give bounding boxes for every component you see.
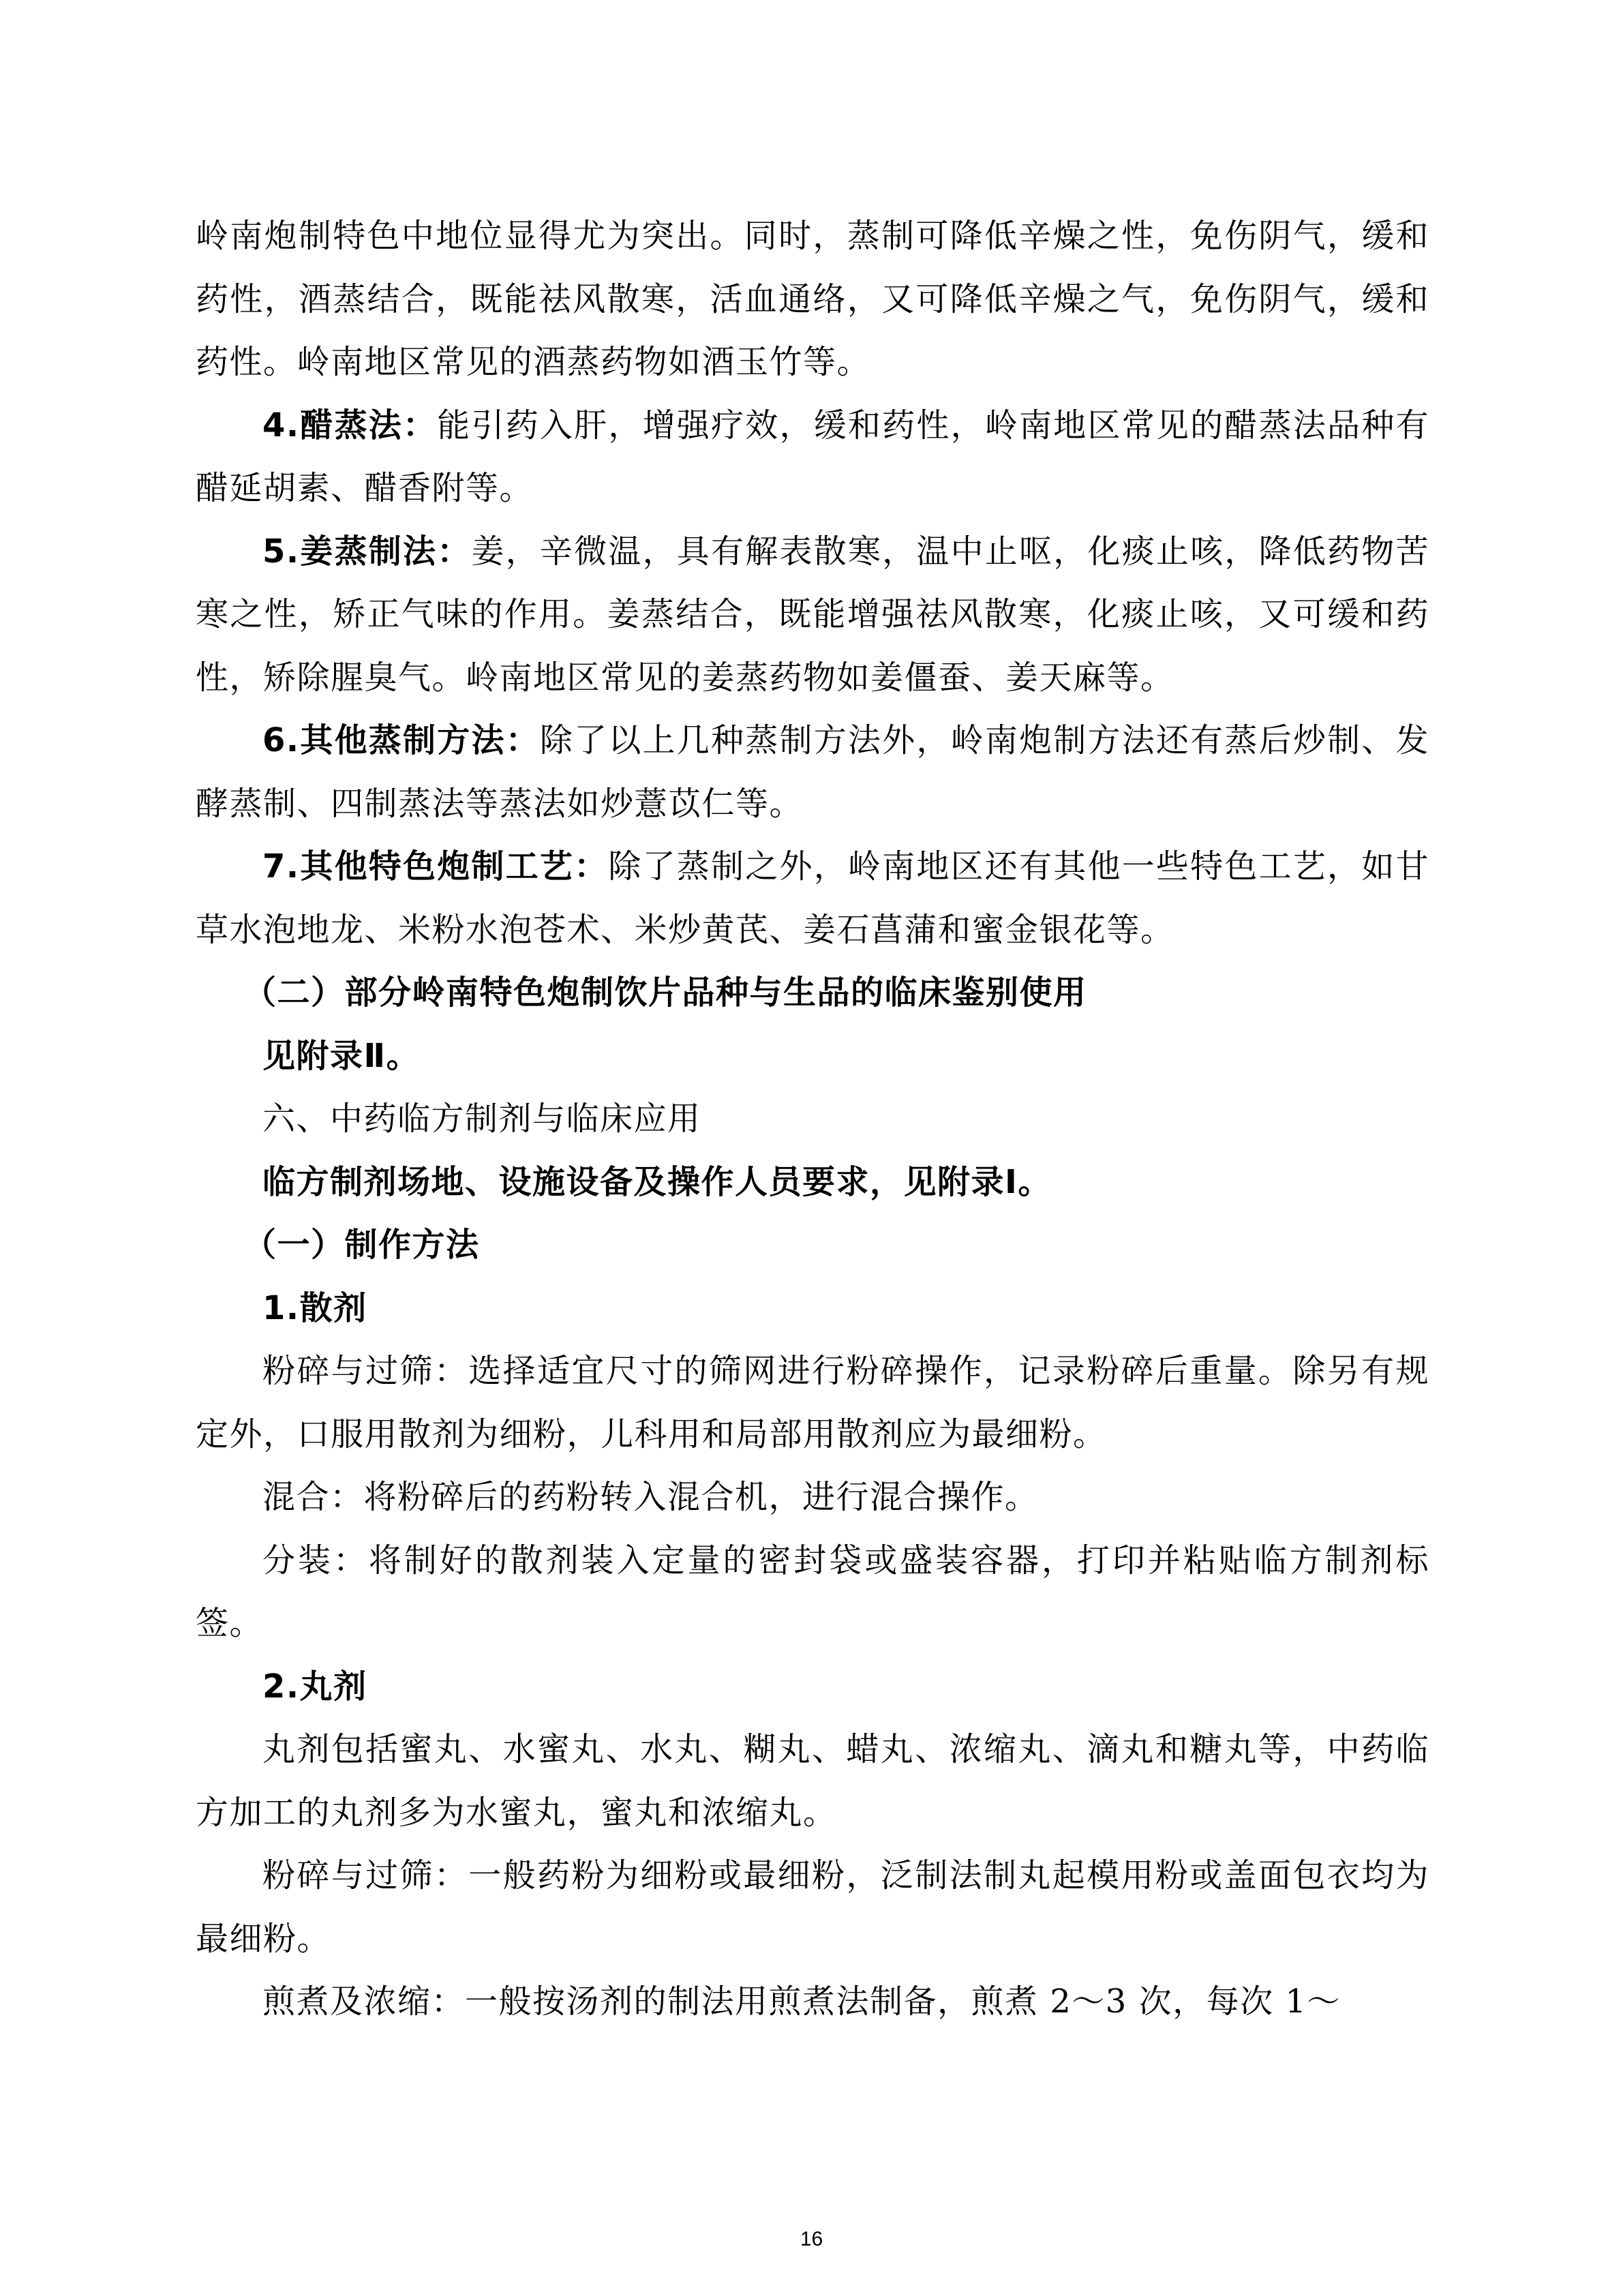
paragraph-pill-types: 丸剂包括蜜丸、水蜜丸、水丸、糊丸、蜡丸、浓缩丸、滴丸和糖丸等，中药临方加工的丸剂… — [196, 1718, 1429, 1844]
paragraph-other-steaming: 6.其他蒸制方法：除了以上几种蒸制方法外，岭南炮制方法还有蒸后炒制、发酵蒸制、四… — [196, 709, 1429, 835]
item-label: 7.其他特色炮制工艺： — [262, 847, 608, 886]
section-heading-6: 六、中药临方制剂与临床应用 — [196, 1087, 1429, 1151]
paragraph-packaging: 分装：将制好的散剂装入定量的密封袋或盛装容器，打印并粘贴临方制剂标签。 — [196, 1529, 1429, 1655]
item-label: 5.姜蒸制法： — [262, 532, 471, 571]
page-number: 16 — [0, 2228, 1623, 2251]
appendix-ref-1: 临方制剂场地、设施设备及操作人员要求，见附录Ⅰ。 — [196, 1151, 1429, 1214]
paragraph-vinegar-steaming: 4.醋蒸法：能引药入肝，增强疗效，缓和药性，岭南地区常见的醋蒸法品种有醋延胡素、… — [196, 394, 1429, 520]
heading-powder: 1.散剂 — [196, 1277, 1429, 1340]
document-page: 岭南炮制特色中地位显得尤为突出。同时，蒸制可降低辛燥之性，免伤阴气，缓和药性，酒… — [196, 205, 1429, 2034]
paragraph-decoction: 煎煮及浓缩：一般按汤剂的制法用煎煮法制备，煎煮 2～3 次，每次 1～ — [196, 1970, 1429, 2034]
paragraph-continuation: 岭南炮制特色中地位显得尤为突出。同时，蒸制可降低辛燥之性，免伤阴气，缓和药性，酒… — [196, 205, 1429, 394]
item-label: 6.其他蒸制方法： — [262, 721, 540, 759]
subheading-clinical-identification: （二）部分岭南特色炮制饮片品种与生品的临床鉴别使用 — [196, 961, 1429, 1025]
subheading-preparation-methods: （一）制作方法 — [196, 1213, 1429, 1277]
paragraph-pill-crushing: 粉碎与过筛：一般药粉为细粉或最细粉，泛制法制丸起模用粉或盖面包衣均为最细粉。 — [196, 1844, 1429, 1970]
item-label: 4.醋蒸法： — [262, 406, 437, 444]
paragraph-ginger-steaming: 5.姜蒸制法：姜，辛微温，具有解表散寒，温中止呕，化痰止咳，降低药物苦寒之性，矫… — [196, 520, 1429, 710]
paragraph-mixing: 混合：将粉碎后的药粉转入混合机，进行混合操作。 — [196, 1466, 1429, 1529]
paragraph-crushing-sieving: 粉碎与过筛：选择适宜尺寸的筛网进行粉碎操作，记录粉碎后重量。除另有规定外，口服用… — [196, 1340, 1429, 1466]
paragraph-other-processing: 7.其他特色炮制工艺：除了蒸制之外，岭南地区还有其他一些特色工艺，如甘草水泡地龙… — [196, 835, 1429, 961]
heading-pills: 2.丸剂 — [196, 1655, 1429, 1719]
appendix-ref-2: 见附录Ⅱ。 — [196, 1025, 1429, 1088]
